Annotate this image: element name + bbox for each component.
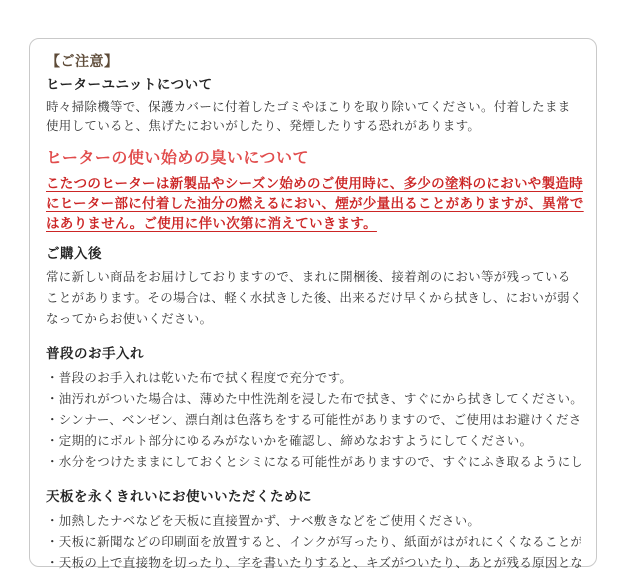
bullet-item: ・シンナー、ベンゼン、漂白剤は色落ちをする可能性がありますので、ご使用はお避けく…: [46, 410, 581, 431]
caution-notice-box: 【ご注意】 ヒーターユニットについて 時々掃除機等で、保護カバーに付着したゴミや…: [29, 38, 597, 567]
section-heater-unit: ヒーターユニットについて 時々掃除機等で、保護カバーに付着したゴミやほこりを取り…: [46, 77, 581, 136]
bullet-item: ・水分をつけたままにしておくとシミになる可能性がありますので、すぐにふき取るよう…: [46, 452, 581, 473]
section-heading: ヒーターユニットについて: [46, 77, 581, 93]
bullet-item: ・普段のお手入れは乾いた布で拭く程度で充分です。: [46, 368, 581, 389]
section-after-purchase: ご購入後 常に新しい商品をお届けしておりますので、まれに開梱後、接着剤のにおい等…: [46, 246, 581, 330]
bullet-item: ・天板の上で直接物を切ったり、字を書いたりすると、キズがついたり、あとが残る原因…: [46, 553, 581, 574]
section-daily-care: 普段のお手入れ ・普段のお手入れは乾いた布で拭く程度で充分です。 ・油汚れがつい…: [46, 346, 581, 473]
section-heading: 普段のお手入れ: [46, 346, 581, 362]
red-section-heading: ヒーターの使い始めの臭いについて: [46, 150, 581, 167]
tabletop-care-bullet-list: ・加熱したナベなどを天板に直接置かず、ナベ敷きなどをご使用ください。 ・天板に新…: [46, 511, 581, 574]
bullet-item: ・定期的にボルト部分にゆるみがないかを確認し、締めなおすようにしてください。: [46, 431, 581, 452]
section-heading: ご購入後: [46, 246, 581, 262]
section-body: 時々掃除機等で、保護カバーに付着したゴミやほこりを取り除いてください。付着したま…: [46, 98, 583, 136]
bullet-item: ・天板に新聞などの印刷面を放置すると、インクが写ったり、紙面がはがれにくくなるこ…: [46, 532, 581, 553]
bullet-item: ・油汚れがついた場合は、薄めた中性洗剤を浸した布で拭き、すぐにから拭きしてくださ…: [46, 389, 581, 410]
red-warning-text: こたつのヒーターは新製品やシーズン始めのご使用時に、多少の塗料のにおいや製造時に…: [46, 174, 586, 234]
section-first-use-smell: ヒーターの使い始めの臭いについて こたつのヒーターは新製品やシーズン始めのご使用…: [46, 150, 581, 234]
notice-title: 【ご注意】: [46, 53, 581, 69]
bullet-item: ・加熱したナベなどを天板に直接置かず、ナベ敷きなどをご使用ください。: [46, 511, 581, 532]
section-heading: 天板を永くきれいにお使いいただくために: [46, 489, 581, 505]
section-tabletop-care: 天板を永くきれいにお使いいただくために ・加熱したナベなどを天板に直接置かず、ナ…: [46, 489, 581, 574]
section-body: 常に新しい商品をお届けしておりますので、まれに開梱後、接着剤のにおい等が残ってい…: [46, 267, 583, 330]
daily-care-bullet-list: ・普段のお手入れは乾いた布で拭く程度で充分です。 ・油汚れがついた場合は、薄めた…: [46, 368, 581, 473]
